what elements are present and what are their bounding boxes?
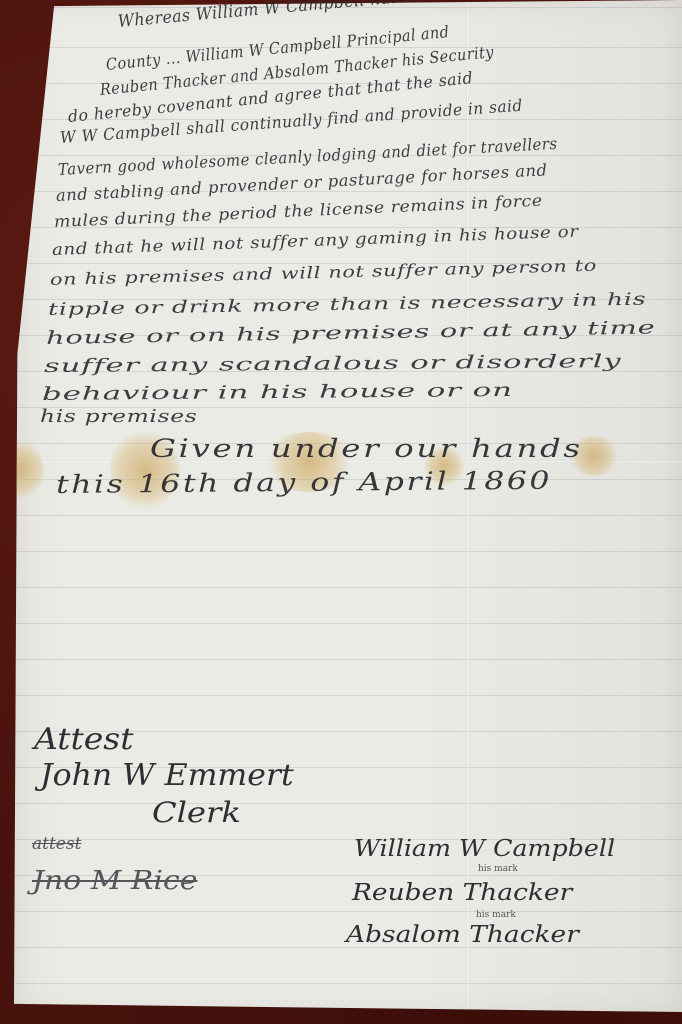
body-line-14: behaviour in his house or on <box>42 380 513 405</box>
body-line-15: his premises <box>40 406 197 427</box>
closing-line-given: Given under our hands <box>150 434 583 463</box>
struck-signature: Jno M Rice <box>32 866 197 896</box>
struck-attest-label: attest <box>32 834 81 854</box>
attest-label: Attest <box>34 722 134 757</box>
signature-surety-2: Absalom Thacker <box>346 922 579 948</box>
mark-note-2: his mark <box>476 910 516 920</box>
mark-note-1: his mark <box>478 864 518 874</box>
clerk-title: Clerk <box>152 796 241 829</box>
clerk-signature: John W Emmert <box>40 758 294 793</box>
stain-left-edge <box>0 440 44 500</box>
signature-principal: William W Campbell <box>354 836 615 862</box>
signature-surety-1: Reuben Thacker <box>352 880 572 906</box>
closing-line-date: this 16th day of April 1860 <box>56 466 552 499</box>
